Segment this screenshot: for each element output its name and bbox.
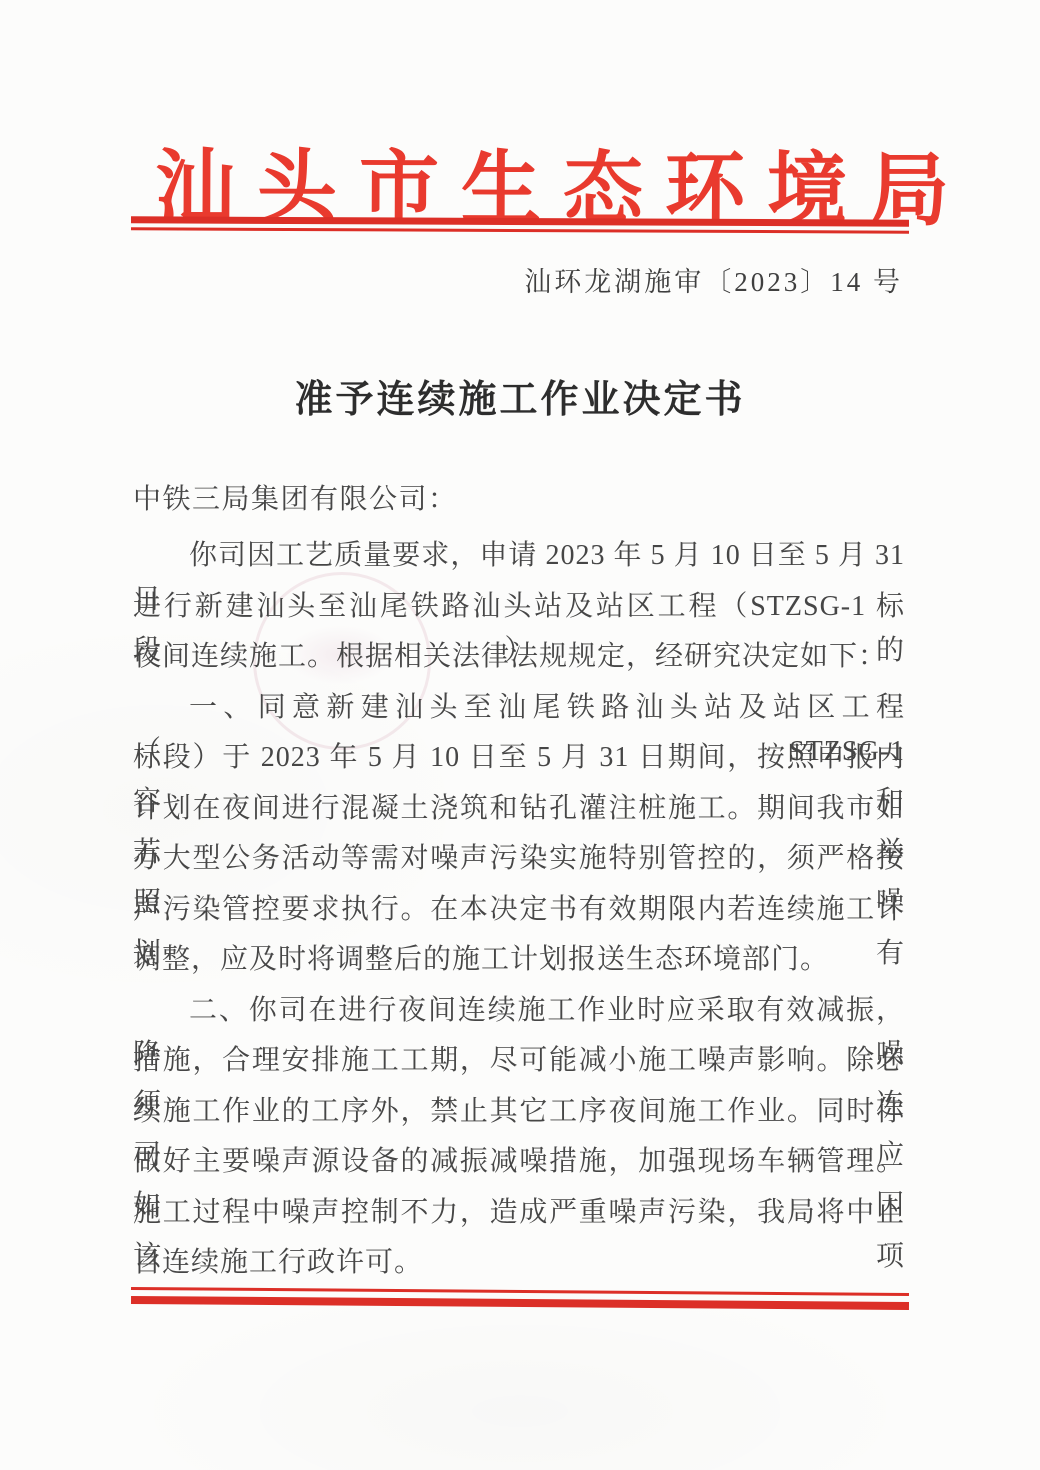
addressee: 中铁三局集团有限公司： — [133, 477, 458, 517]
body-line: 你司因工艺质量要求，申请 2023 年 5 月 10 日至 5 月 31 日 — [133, 534, 905, 578]
body-line: 目连续施工行政许可。 — [133, 1241, 905, 1285]
body-line: 夜间连续施工。根据相关法律法规规定，经研究决定如下： — [133, 635, 905, 679]
body-line: 续施工作业的工序外，禁止其它工序夜间施工作业。同时你司应 — [133, 1090, 905, 1134]
body-line: 办大型公务活动等需对噪声污染实施特别管控的，须严格按照噪 — [133, 837, 905, 881]
body-line: 二、你司在进行夜间连续施工作业时应采取有效减振，降噪 — [133, 989, 905, 1033]
document-number: 汕环龙湖施审〔2023〕14 号 — [133, 260, 903, 299]
body-line: 进行新建汕头至汕尾铁路汕头站及站区工程（STZSG-1 标段）的 — [133, 585, 905, 629]
document-title: 准予连续施工作业决定书 — [0, 368, 1040, 423]
body-line: 调整，应及时将调整后的施工计划报送生态环境部门。 — [133, 938, 905, 982]
body-line: 做好主要噪声源设备的减振减噪措施，加强现场车辆管理。如因 — [133, 1140, 905, 1184]
footer-rule-thick — [131, 1296, 909, 1310]
body-line: 一、同意新建汕头至汕尾铁路汕头站及站区工程（STZSG-1 — [133, 686, 905, 730]
body-line: 施工过程中噪声控制不力，造成严重噪声污染，我局将中止该项 — [133, 1191, 905, 1235]
document-page: 汕头市生态环境局 汕环龙湖施审〔2023〕14 号 准予连续施工作业决定书 中铁… — [0, 0, 1040, 1470]
body-line: 声污染管控要求执行。在本决定书有效期限内若连续施工计划有 — [133, 888, 905, 932]
body-line: 标段）于 2023 年 5 月 10 日至 5 月 31 日期间，按照申报内容和 — [133, 736, 905, 780]
footer-rule-thin — [131, 1287, 909, 1296]
body-line: 计划在夜间进行混凝土浇筑和钻孔灌注桩施工。期间我市如若举 — [133, 787, 905, 831]
body-line: 措施，合理安排施工工期，尽可能减小施工噪声影响。除必须连 — [133, 1039, 905, 1083]
